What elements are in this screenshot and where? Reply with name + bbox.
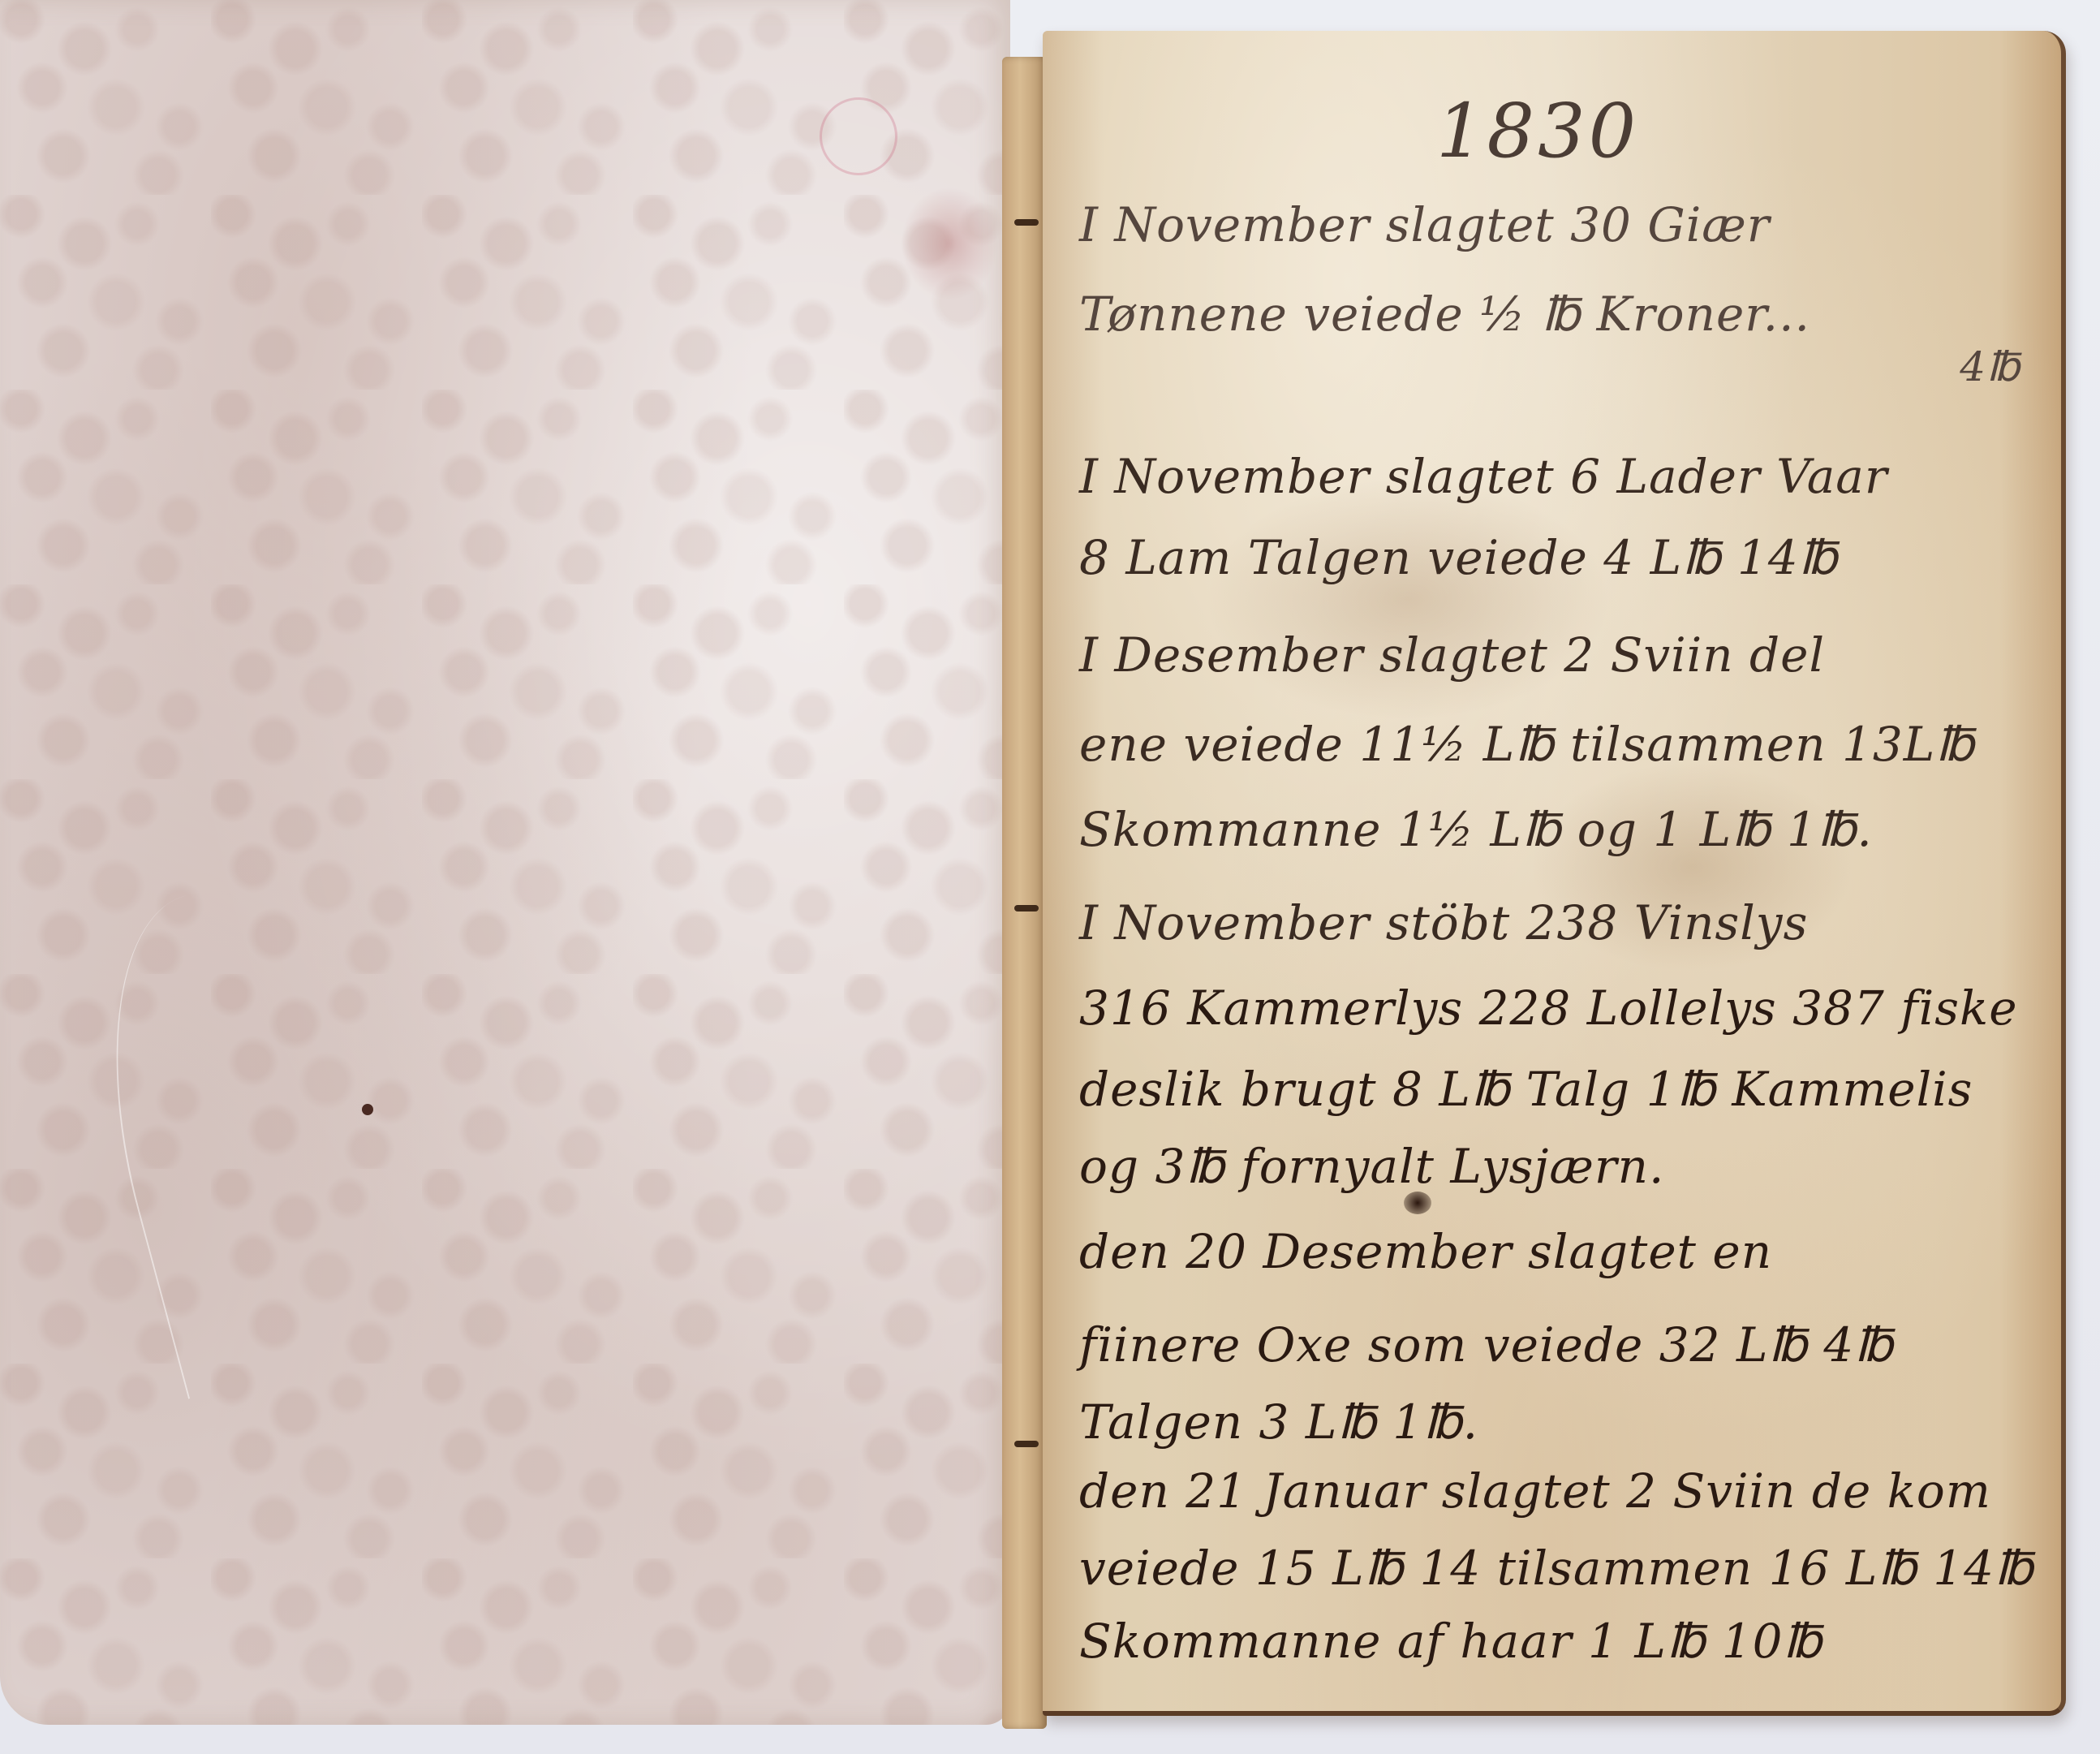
ledger-line: 316 Kammerlys 228 Lollelys 387 fiske	[1079, 980, 2018, 1036]
ledger-line: ene veiede 11½ L℔ tilsammen 13L℔	[1079, 717, 1975, 772]
ledger-line: 8 Lam Talgen veiede 4 L℔ 14℔	[1079, 530, 1838, 585]
binding-thread-mark	[1014, 219, 1039, 226]
page-year-heading: 1830	[1436, 88, 1639, 175]
ledger-line: Skommanne af haar 1 L℔ 10℔	[1079, 1614, 1822, 1669]
ledger-line: Talgen 3 L℔ 1℔.	[1079, 1394, 1478, 1450]
open-notebook-photo: 1830 I November slagtet 30 Giær Tønnene …	[0, 0, 2100, 1754]
ink-blot	[1404, 1192, 1431, 1214]
ledger-line: den 20 Desember slagtet en	[1079, 1224, 1772, 1279]
ledger-line: fiinere Oxe som veiede 32 L℔ 4℔	[1079, 1317, 1894, 1373]
right-ledger-page: 1830 I November slagtet 30 Giær Tønnene …	[1043, 31, 2066, 1716]
ledger-line: I November slagtet 6 Lader Vaar	[1079, 449, 1888, 504]
ledger-line: Tønnene veiede ½ ℔ Kroner...	[1079, 287, 1810, 342]
ledger-line-amount: 4℔	[1960, 343, 2020, 390]
ledger-line: I November stöbt 238 Vinslys	[1079, 895, 1808, 950]
ledger-line: deslik brugt 8 L℔ Talg 1℔ Kammelis	[1079, 1062, 1973, 1117]
binding-thread-mark	[1014, 905, 1039, 911]
ledger-line: I November slagtet 30 Giær	[1079, 197, 1770, 252]
ledger-line: og 3℔ fornyalt Lysjærn.	[1079, 1139, 1664, 1194]
left-flyleaf-page	[0, 0, 1010, 1725]
ledger-line: I Desember slagtet 2 Sviin del	[1079, 627, 1825, 683]
book-gutter-spine	[1002, 57, 1047, 1729]
ledger-line: Skommanne 1½ L℔ og 1 L℔ 1℔.	[1079, 802, 1873, 857]
ledger-line: den 21 Januar slagtet 2 Sviin de kom	[1079, 1463, 1991, 1519]
reddish-smudge	[901, 187, 998, 300]
water-stain	[1205, 477, 1611, 721]
ink-dot	[362, 1104, 373, 1115]
foxing-texture	[0, 0, 1010, 1725]
binding-thread-mark	[1014, 1441, 1039, 1447]
ledger-line: veiede 15 L℔ 14 tilsammen 16 L℔ 14℔	[1079, 1541, 2033, 1596]
